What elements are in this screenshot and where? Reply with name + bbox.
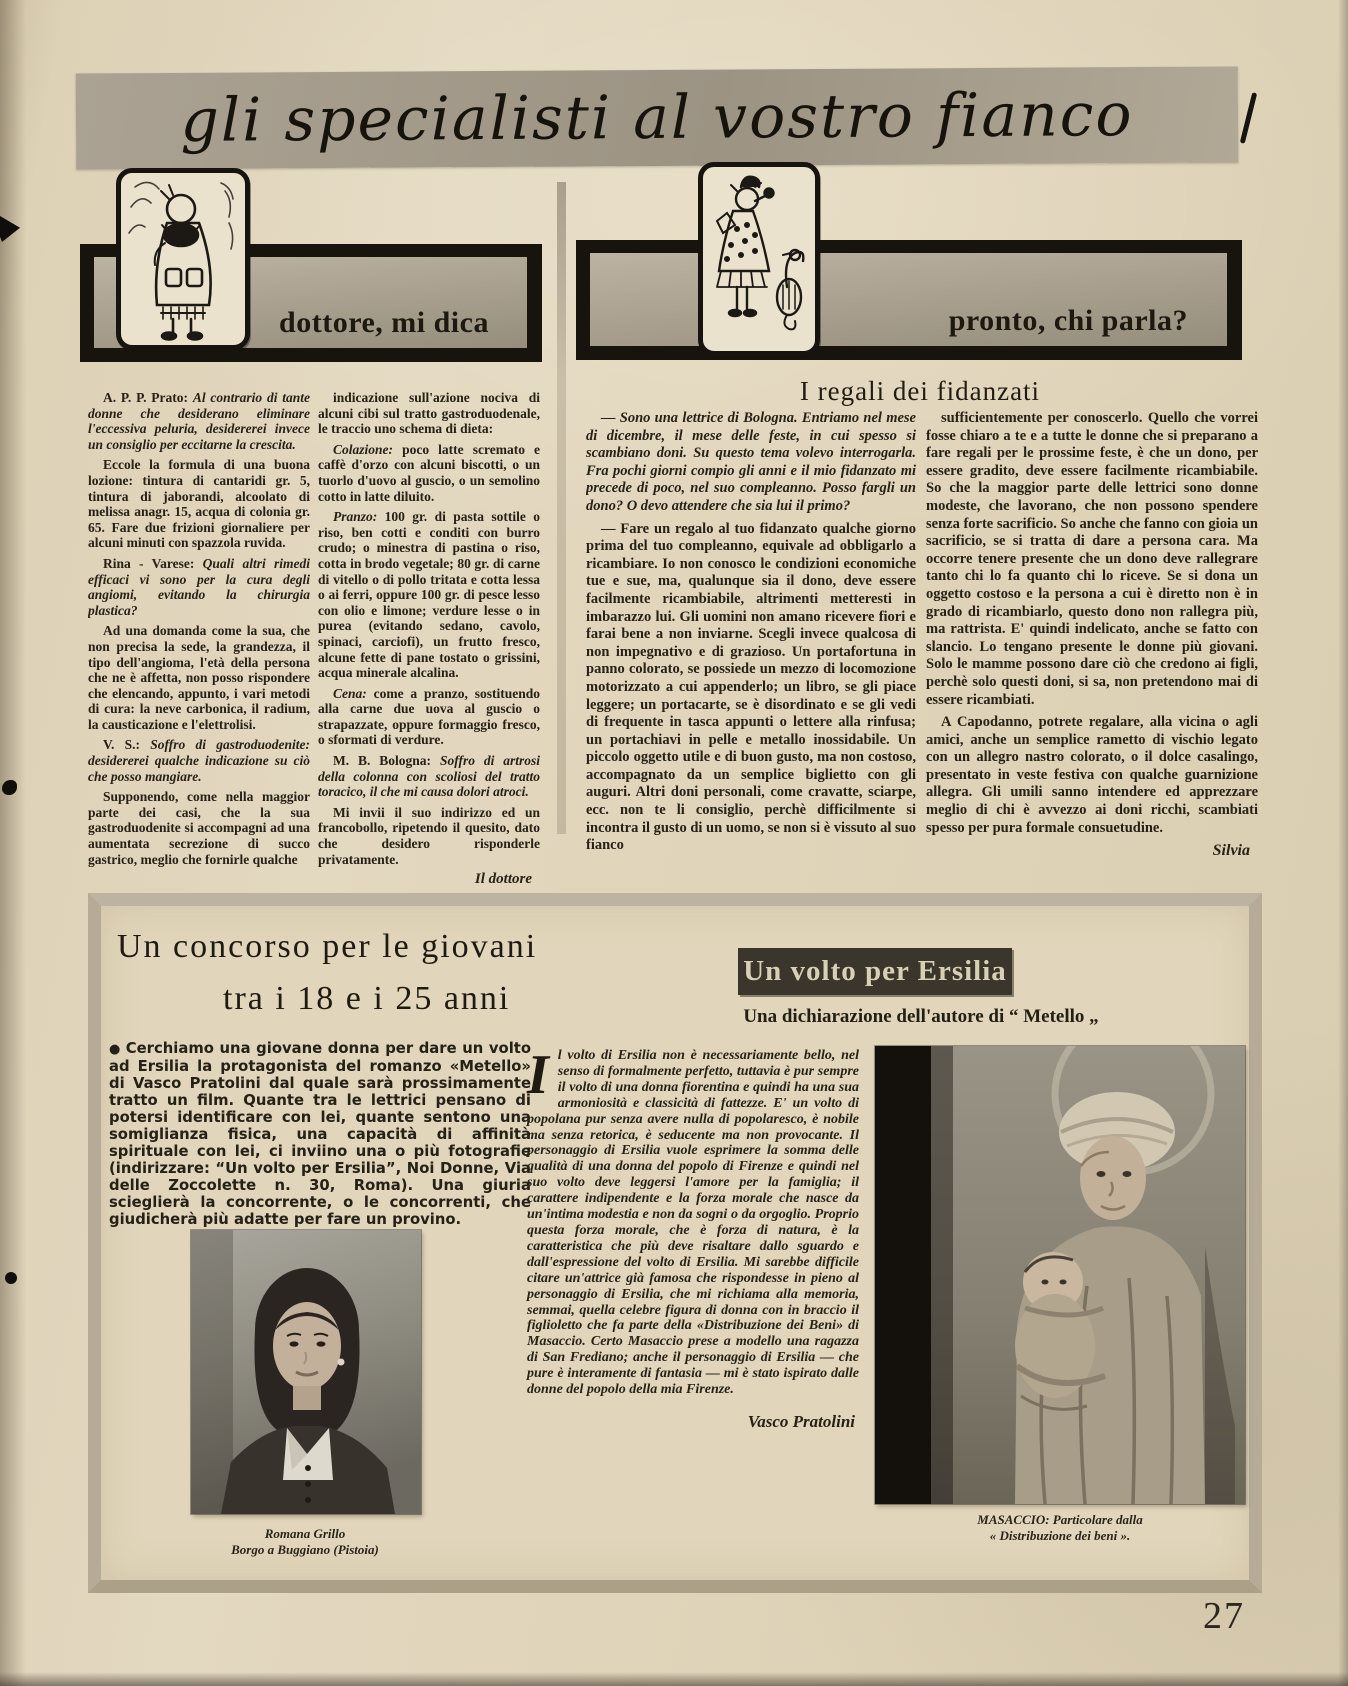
qa-answer: Supponendo, come nella maggior parte dei… bbox=[88, 789, 310, 867]
title-band: gli specialisti al vostro fianco bbox=[76, 66, 1239, 169]
fidanzati-column-2: sufficientemente per conoscerlo. Quello … bbox=[926, 410, 1258, 972]
masaccio-caption: MASACCIO: Particolare dalla « Distribuzi… bbox=[889, 1512, 1231, 1544]
pratolini-signature: Vasco Pratolini bbox=[527, 1412, 859, 1432]
paper-bottom-edge bbox=[0, 1672, 1348, 1686]
reply-paragraph: A Capodanno, potrete regalare, alla vici… bbox=[926, 714, 1258, 837]
qa-answer: indicazione sull'azione nociva di alcuni… bbox=[318, 390, 540, 437]
romana-grillo-photo bbox=[191, 1230, 421, 1514]
diet-item: Pranzo:100 gr. di pasta sottile o riso, … bbox=[318, 509, 540, 681]
binding-hole bbox=[5, 1272, 17, 1284]
paper-left-edge bbox=[0, 0, 26, 1686]
diet-label: Pranzo: bbox=[333, 509, 385, 524]
reader-name: M. B. Bologna: bbox=[333, 753, 440, 768]
qa-question: V. S.:Soffro di gastroduodenite: desider… bbox=[88, 737, 310, 784]
diet-item: Cena:come a pranzo, sostituendo alla car… bbox=[318, 686, 540, 748]
fidanzati-signature: Silvia bbox=[926, 842, 1258, 860]
dottore-signature: Il dottore bbox=[318, 872, 540, 888]
diet-label: Cena: bbox=[333, 686, 374, 701]
page-title: gli specialisti al vostro fianco bbox=[76, 66, 1239, 169]
woman-with-cat-illustration bbox=[116, 168, 250, 350]
pronto-header-label: pronto, chi parla? bbox=[949, 304, 1188, 338]
magazine-page: gli specialisti al vostro fianco dottore… bbox=[0, 0, 1348, 1686]
reply-paragraph: sufficientemente per conoscerlo. Quello … bbox=[926, 410, 1258, 709]
ersilia-subtitle: Una dichiarazione dell'autore di “ Metel… bbox=[621, 1006, 1221, 1028]
fidanzati-title: I regali dei fidanzati bbox=[585, 376, 1255, 407]
bullet-icon: ● bbox=[109, 1042, 126, 1057]
portrait-caption: Romana Grillo Borgo a Buggiano (Pistoia) bbox=[129, 1526, 481, 1558]
diet-item: Colazione:poco latte scremato e caffè d'… bbox=[318, 442, 540, 504]
masaccio-fresco-photo bbox=[875, 1046, 1245, 1504]
pronto-header-box: pronto, chi parla? bbox=[576, 240, 1242, 360]
ink-mark bbox=[1240, 92, 1257, 144]
fidanzati-column-1: — Sono una lettrice di Bologna. Entriamo… bbox=[586, 410, 916, 972]
ersilia-header: Un volto per Ersilia bbox=[738, 948, 1012, 995]
concorso-title-line2: tra i 18 e i 25 anni bbox=[223, 980, 510, 1018]
dottore-column-1: A. P. P. Prato:Al contrario di tante don… bbox=[88, 390, 310, 970]
dropcap: I bbox=[527, 1053, 549, 1098]
qa-answer: Mi invii il suo indirizzo ed un francobo… bbox=[318, 805, 540, 867]
column-divider bbox=[557, 182, 566, 834]
diet-label: Colazione: bbox=[333, 442, 402, 457]
qa-question: Rina - Varese:Quali altri rimedi efficac… bbox=[88, 556, 310, 618]
dottore-column-2: indicazione sull'azione nociva di alcuni… bbox=[318, 390, 540, 970]
reader-letter: — Sono una lettrice di Bologna. Entriamo… bbox=[586, 410, 916, 516]
qa-question: A. P. P. Prato:Al contrario di tante don… bbox=[88, 390, 310, 452]
concorso-feature-box: Un concorso per le giovani tra i 18 e i … bbox=[88, 893, 1262, 1593]
concorso-title-line1: Un concorso per le giovani bbox=[117, 928, 537, 966]
dottore-header-label: dottore, mi dica bbox=[250, 306, 518, 340]
page-number: 27 bbox=[1203, 1594, 1245, 1638]
pratolini-statement: Il volto di Ersilia non è necessariament… bbox=[527, 1048, 859, 1432]
reader-name: A. P. P. Prato: bbox=[103, 390, 193, 405]
reply-paragraph: — Fare un regalo al tuo fidanzato qualch… bbox=[586, 521, 916, 855]
qa-question: M. B. Bologna:Soffro di artrosi della co… bbox=[318, 753, 540, 800]
concorso-body: ●Cerchiamo una giovane donna per dare un… bbox=[109, 1040, 531, 1228]
reader-name: V. S.: bbox=[103, 737, 150, 752]
woman-with-goose-illustration bbox=[698, 162, 820, 356]
qa-answer: Eccole la formula di una buona lozione: … bbox=[88, 457, 310, 551]
paper-right-edge bbox=[1338, 0, 1348, 1686]
qa-answer: Ad una domanda come la sua, che non prec… bbox=[88, 623, 310, 732]
reader-name: Rina - Varese: bbox=[103, 556, 203, 571]
